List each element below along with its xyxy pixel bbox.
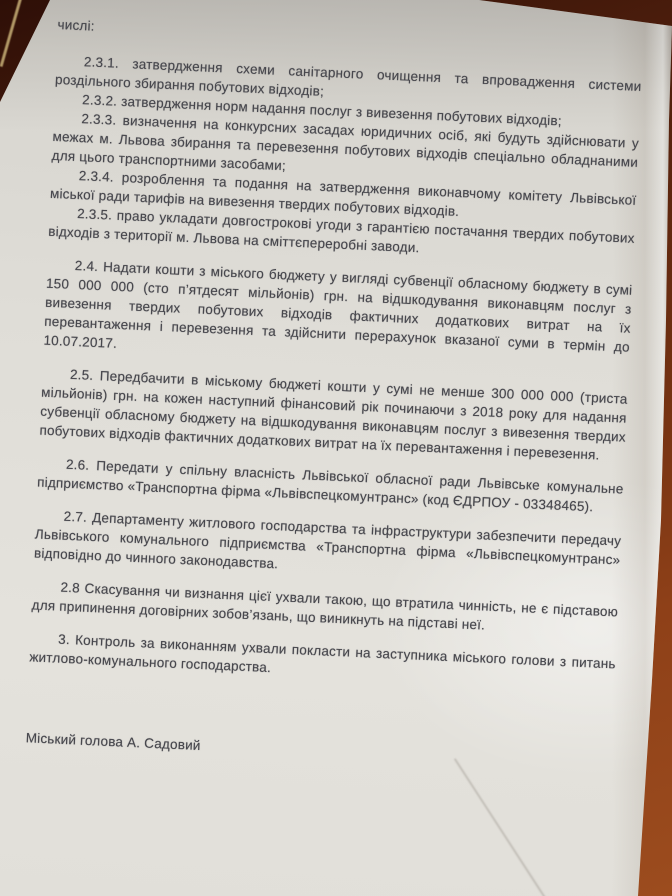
clause-number: 2.3.2. xyxy=(82,92,118,109)
clause-text: Скасування чи визнання цієї ухвали такою… xyxy=(31,581,618,633)
clause-text: Контроль за виконанням ухвали покласти н… xyxy=(29,632,616,675)
clause-number: 2.7. xyxy=(63,509,87,525)
signature-line: Міський голова А. Садовий xyxy=(25,728,611,773)
clause-2-5: 2.5. Передбачити в міському бюджеті кошт… xyxy=(39,364,628,466)
clause-2-6: 2.6. Передати у спільну власність Львівс… xyxy=(37,454,624,518)
clause-number: 2.6. xyxy=(66,457,90,473)
clause-number: 3. xyxy=(58,632,70,648)
clause-3: 3. Контроль за виконанням ухвали покласт… xyxy=(29,628,616,692)
clause-2-4: 2.4. Надати кошти з міського бюджету у в… xyxy=(43,255,633,376)
clause-text: Передбачити в міському бюджеті кошти у с… xyxy=(39,368,628,462)
clause-text: Надати кошти з міського бюджету у вигляд… xyxy=(43,259,632,354)
clause-number: 2.8 xyxy=(60,580,80,596)
clause-text: Департаменту житлового господарства та і… xyxy=(34,510,622,571)
clause-2-8: 2.8 Скасування чи визнання цієї ухвали т… xyxy=(31,576,618,640)
paper-sheet: числі: 2.3.1. затвердження схеми санітар… xyxy=(0,0,672,896)
clause-2-7: 2.7. Департаменту житлового господарства… xyxy=(34,506,622,589)
clause-number: 2.5. xyxy=(70,367,94,383)
clause-text: Передати у спільну власність Львівської … xyxy=(37,458,624,514)
paper-crease-line xyxy=(454,758,548,896)
clause-number: 2.3.4. xyxy=(79,168,115,185)
photo-of-document: числі: 2.3.1. затвердження схеми санітар… xyxy=(0,0,672,896)
clause-number: 2.3.1. xyxy=(84,54,120,71)
document-text: числі: 2.3.1. затвердження схеми санітар… xyxy=(25,15,643,773)
clause-number: 2.4. xyxy=(75,258,99,274)
clause-number: 2.3.5. xyxy=(77,206,113,223)
clause-number: 2.3.3. xyxy=(81,111,117,128)
